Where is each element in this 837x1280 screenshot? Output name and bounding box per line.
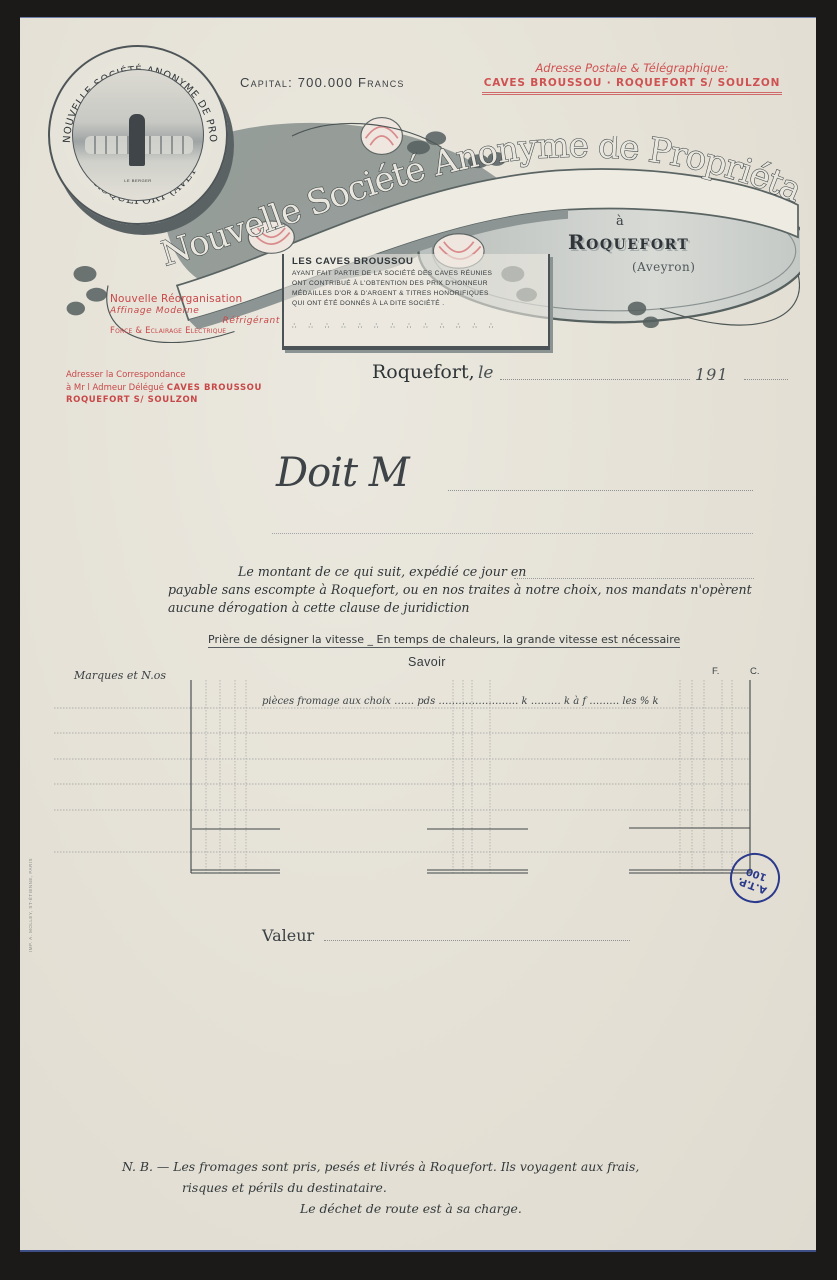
atp-ink-stamp: A.T.P. 100 (723, 846, 787, 910)
valeur-label: Valeur (262, 926, 314, 945)
year-prefix: 191 (695, 365, 729, 384)
date-le-label: le (478, 363, 494, 383)
reorganisation-title: Nouvelle Réorganisation (110, 293, 280, 305)
plaque-body: Ayant fait partie de la Société des Cave… (292, 269, 492, 309)
terms-line: aucune dérogation à cette clause de juri… (168, 599, 788, 617)
scene-caption: LE BERGER (73, 178, 203, 183)
terms-line: payable sans escompte à Roquefort, ou en… (168, 581, 788, 599)
a-preposition: à (616, 214, 624, 229)
debtor-name-input[interactable] (448, 490, 753, 491)
postal-telegraphic-address: Adresse Postale & Télégraphique: CAVES B… (482, 61, 782, 95)
year-input[interactable] (744, 379, 788, 380)
plaque-ornament: ∴ ∴ ∴ ∴ ∴ ∴ ∴ ∴ ∴ ∴ ∴ ∴ ∴ (292, 322, 498, 330)
reorganisation-line: Affinage Moderne (110, 306, 280, 316)
column-rules (206, 680, 732, 873)
debtor-address-input[interactable] (272, 533, 753, 534)
footer-note: N. B. — Les fromages sont pris, pesés et… (122, 1156, 762, 1219)
shepherd-figure-icon (129, 114, 145, 166)
shipment-mode-input[interactable] (514, 578, 754, 579)
correspondence-company: CAVES BROUSSOU (167, 383, 262, 393)
table-row-first[interactable]: pièces fromage aux choix …… pds ……………………… (262, 696, 659, 707)
plaque-line: médailles d'or & d'argent & titres honor… (292, 289, 492, 299)
region-subtitle: (Aveyron) (632, 260, 695, 274)
shepherd-scene-illustration: LE BERGER (72, 69, 204, 201)
footer-note-line: Le déchet de route est à sa charge. (122, 1198, 762, 1219)
savoir-label: Savoir (408, 655, 446, 669)
plaque-line: ont contribué à l'obtention des prix d'h… (292, 279, 492, 289)
letterhead-invoice-sheet: Nouvelle Société Anonyme de Propriétaire… (20, 17, 816, 1252)
correspondence-line: Adresser la Correspondance (66, 369, 262, 382)
plaque-heading: LES CAVES BROUSSOU (292, 256, 413, 267)
speed-notice-text: Prière de désigner la vitesse _ En temps… (208, 633, 680, 648)
date-input[interactable] (500, 379, 690, 380)
company-capital: Capital: 700.000 Francs (240, 75, 405, 90)
correspondence-city: ROQUEFORT S/ SOULZON (66, 395, 198, 405)
plaque-line: Ayant fait partie de la Société des Cave… (292, 269, 492, 279)
marques-column-header: Marques et N.os (74, 669, 166, 682)
city-title: Roquefort (568, 230, 689, 254)
francs-column-header: F. (712, 666, 719, 677)
correspondence-prefix: à Mr l Admeur Délégué (66, 383, 167, 393)
reorganisation-line: Réfrigérant (110, 316, 280, 326)
company-seal-medallion: NOUVELLE SOCIÉTÉ ANONYME DE PROPRIÉTAIRE… (48, 45, 228, 225)
date-line: Roquefort, le 191 (372, 361, 792, 391)
row-rules (54, 708, 750, 852)
centimes-column-header: C. (750, 666, 760, 677)
debtor-label: Doit M (276, 450, 409, 496)
speed-notice: Prière de désigner la vitesse _ En temps… (208, 633, 680, 646)
valeur-input[interactable] (324, 940, 630, 941)
double-rule-divider (482, 92, 782, 95)
payment-terms: Le montant de ce qui suit, expédié ce jo… (168, 563, 788, 617)
correspondence-line: à Mr l Admeur Délégué CAVES BROUSSOU (66, 382, 262, 395)
footer-note-line: N. B. — Les fromages sont pris, pesés et… (122, 1156, 762, 1177)
solid-rules (191, 680, 750, 873)
date-place: Roquefort, (372, 361, 475, 383)
reorganisation-notice: Nouvelle Réorganisation Affinage Moderne… (110, 293, 280, 336)
postal-address-label: Adresse Postale & Télégraphique: (482, 61, 782, 75)
caves-broussou-plaque: LES CAVES BROUSSOU Ayant fait partie de … (282, 254, 550, 350)
printer-imprint: IMP. A. MOLLEY, ST-ÉTIENNE, PARIS (28, 858, 33, 952)
postal-address-value: CAVES BROUSSOU · ROQUEFORT S/ SOULZON (482, 77, 782, 89)
footer-note-line: risques et périls du destinataire. (122, 1177, 762, 1198)
reorganisation-line: Force & Eclairage Electrique (110, 326, 280, 336)
correspondence-address: Adresser la Correspondance à Mr l Admeur… (66, 369, 262, 407)
plaque-line: qui ont été donnés à la dite Société . (292, 299, 492, 309)
